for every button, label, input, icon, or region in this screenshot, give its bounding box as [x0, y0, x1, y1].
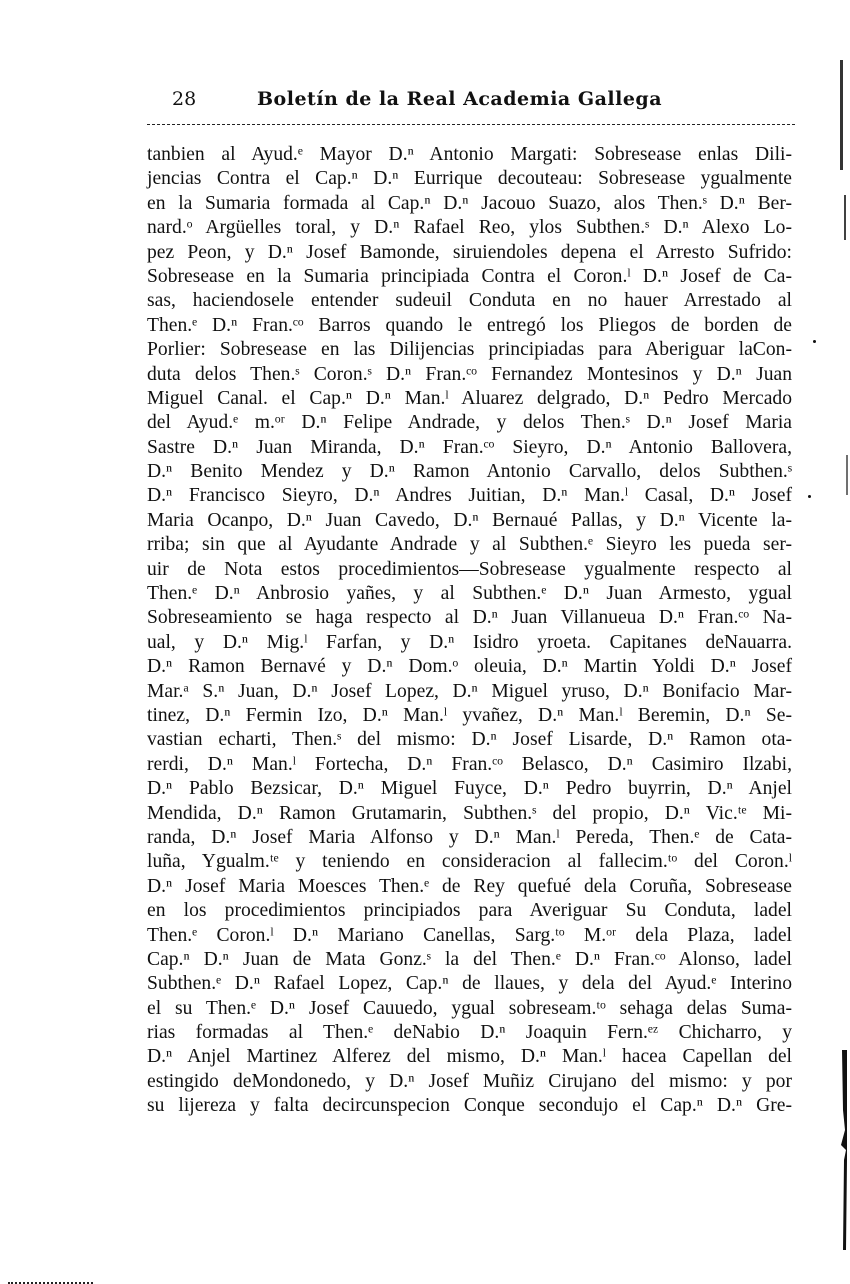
- text-line: Mar.ᵃ S.ⁿ Juan, D.ⁿ Josef Lopez, D.ⁿ Mig…: [147, 680, 792, 704]
- text-line: D.ⁿ Anjel Martinez Alferez del mismo, D.…: [147, 1045, 792, 1069]
- text-line: [147, 1119, 792, 1143]
- text-line: Sastre D.ⁿ Juan Miranda, D.ⁿ Fran.ᶜᵒ Sie…: [147, 436, 792, 460]
- text-line: uir de Nota estos procedimientos—Sobrese…: [147, 558, 792, 582]
- text-line: el su Then.ᵉ D.ⁿ Josef Cauuedo, ygual so…: [147, 997, 792, 1021]
- header-rule: [147, 124, 795, 125]
- text-line: Porlier: Sobresease en las Dilijencias p…: [147, 338, 792, 362]
- text-line: Then.ᵉ Coron.ˡ D.ⁿ Mariano Canellas, Sar…: [147, 924, 792, 948]
- text-line: Maria Ocanpo, D.ⁿ Juan Cavedo, D.ⁿ Berna…: [147, 509, 792, 533]
- text-line: duta delos Then.ˢ Coron.ˢ D.ⁿ Fran.ᶜᵒ Fe…: [147, 363, 792, 387]
- text-line: D.ⁿ Josef Maria Moesces Then.ᵉ de Rey qu…: [147, 875, 792, 899]
- text-line: rias formadas al Then.ᵉ deNabio D.ⁿ Joaq…: [147, 1021, 792, 1045]
- text-line: Cap.ⁿ D.ⁿ Juan de Mata Gonz.ˢ la del The…: [147, 948, 792, 972]
- text-line: Sobresease en la Sumaria principiada Con…: [147, 265, 792, 289]
- text-line: del Ayud.ᵉ m.ᵒʳ D.ⁿ Felipe Andrade, y de…: [147, 411, 792, 435]
- text-line: Miguel Canal. el Cap.ⁿ D.ⁿ Man.ˡ Aluarez…: [147, 387, 792, 411]
- text-line: Then.ᵉ D.ⁿ Fran.ᶜᵒ Barros quando le entr…: [147, 314, 792, 338]
- text-line: nard.ᵒ Argüelles toral, y D.ⁿ Rafael Reo…: [147, 216, 792, 240]
- text-line: estingido deMondonedo, y D.ⁿ Josef Muñiz…: [147, 1070, 792, 1094]
- text-line: Sobreseamiento se haga respecto al D.ⁿ J…: [147, 606, 792, 630]
- document-page: 28 Boletín de la Real Academia Gallega t…: [0, 0, 850, 1284]
- text-line: luña, Ygualm.ᵗᵉ y teniendo en considerac…: [147, 850, 792, 874]
- text-line: rerdi, D.ⁿ Man.ˡ Fortecha, D.ⁿ Fran.ᶜᵒ B…: [147, 753, 792, 777]
- text-line: Then.ᵉ D.ⁿ Anbrosio yañes, y al Subthen.…: [147, 582, 792, 606]
- text-line: D.ⁿ Benito Mendez y D.ⁿ Ramon Antonio Ca…: [147, 460, 792, 484]
- text-line: en los procedimientos principiados para …: [147, 899, 792, 923]
- scan-artifact: [844, 195, 846, 240]
- scan-artifact: [840, 60, 843, 170]
- text-line: Subthen.ᵉ D.ⁿ Rafael Lopez, Cap.ⁿ de lla…: [147, 972, 792, 996]
- text-line: vastian echarti, Then.ˢ del mismo: D.ⁿ J…: [147, 728, 792, 752]
- scan-artifact: [846, 455, 848, 495]
- page-header: 28 Boletín de la Real Academia Gallega: [147, 88, 792, 118]
- text-line: Mendida, D.ⁿ Ramon Grutamarin, Subthen.ˢ…: [147, 802, 792, 826]
- page-number: 28: [172, 88, 196, 110]
- text-line: D.ⁿ Ramon Bernavé y D.ⁿ Dom.ᵒ oleuia, D.…: [147, 655, 792, 679]
- text-line: D.ⁿ Francisco Sieyro, D.ⁿ Andres Juitian…: [147, 484, 792, 508]
- text-line: jencias Contra el Cap.ⁿ D.ⁿ Eurrique dec…: [147, 167, 792, 191]
- text-line: tinez, D.ⁿ Fermin Izo, D.ⁿ Man.ˡ yvañez,…: [147, 704, 792, 728]
- scan-artifact: [839, 1050, 847, 1250]
- text-line: ual, y D.ⁿ Mig.ˡ Farfan, y D.ⁿ Isidro yr…: [147, 631, 792, 655]
- text-line: sas, haciendosele entender sudeuil Condu…: [147, 289, 792, 313]
- text-line: su lijereza y falta decircunspecion Conq…: [147, 1094, 792, 1118]
- text-line: D.ⁿ Pablo Bezsicar, D.ⁿ Miguel Fuyce, D.…: [147, 777, 792, 801]
- text-line: pez Peon, y D.ⁿ Josef Bamonde, siruiendo…: [147, 241, 792, 265]
- running-title: Boletín de la Real Academia Gallega: [257, 88, 662, 110]
- text-line: rriba; sin que al Ayudante Andrade y al …: [147, 533, 792, 557]
- text-line: tanbien al Ayud.ᵉ Mayor D.ⁿ Antonio Marg…: [147, 143, 792, 167]
- scan-speck: [808, 495, 811, 498]
- text-line: randa, D.ⁿ Josef Maria Alfonso y D.ⁿ Man…: [147, 826, 792, 850]
- scan-speck: [813, 340, 816, 343]
- text-line: en la Sumaria formada al Cap.ⁿ D.ⁿ Jacou…: [147, 192, 792, 216]
- body-text: tanbien al Ayud.ᵉ Mayor D.ⁿ Antonio Marg…: [147, 143, 792, 1143]
